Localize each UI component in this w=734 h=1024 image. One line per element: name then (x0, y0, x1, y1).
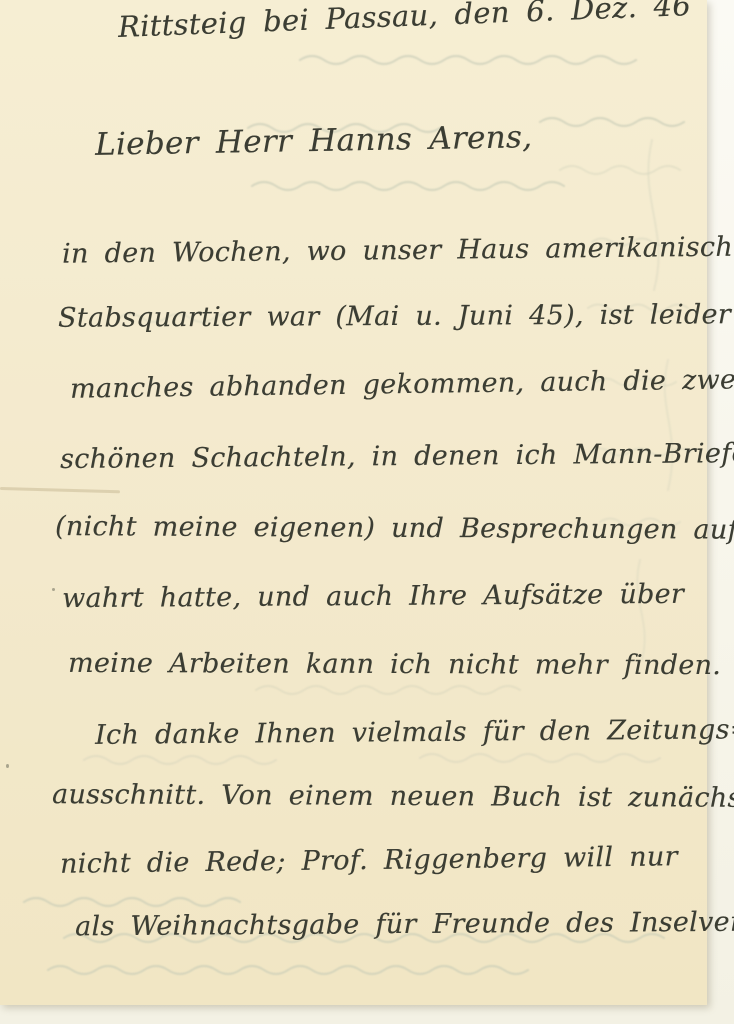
letter-body-line: Ich danke Ihnen vielmals für den Zeitung… (95, 715, 734, 750)
letter-body-line: ausschnitt. Von einem neuen Buch ist zun… (52, 780, 734, 813)
letter-body-line: manches abhanden gekommen, auch die zwei (70, 365, 734, 404)
letter-body-line: (nicht meine eigenen) und Besprechungen … (55, 512, 734, 546)
letter-body-line: schönen Schachteln, in denen ich Mann-Br… (60, 439, 734, 475)
ink-speck (6, 764, 9, 768)
letter-body-line: nicht die Rede; Prof. Riggenberg will nu… (60, 842, 678, 879)
letter-body-line: in den Wochen, wo unser Haus amerikanisc… (62, 232, 734, 269)
letter-page: Rittsteig bei Passau, den 6. Dez. 46 Lie… (0, 0, 707, 1005)
fold-crease (0, 487, 120, 493)
scan-background: Rittsteig bei Passau, den 6. Dez. 46 Lie… (0, 0, 734, 1024)
letter-dateline: Rittsteig bei Passau, den 6. Dez. 46 (117, 0, 691, 44)
letter-body-line: als Weihnachtsgabe für Freunde des Insel… (75, 908, 734, 942)
letter-body-line: Stabsquartier war (Mai u. Juni 45), ist … (58, 300, 731, 333)
letter-body-line: meine Arbeiten kann ich nicht mehr finde… (68, 649, 721, 681)
letter-salutation: Lieber Herr Hanns Arens, (95, 120, 533, 162)
letter-body-line: wahrt hatte, und auch Ihre Aufsätze über (62, 580, 684, 614)
ink-speck (52, 588, 55, 591)
